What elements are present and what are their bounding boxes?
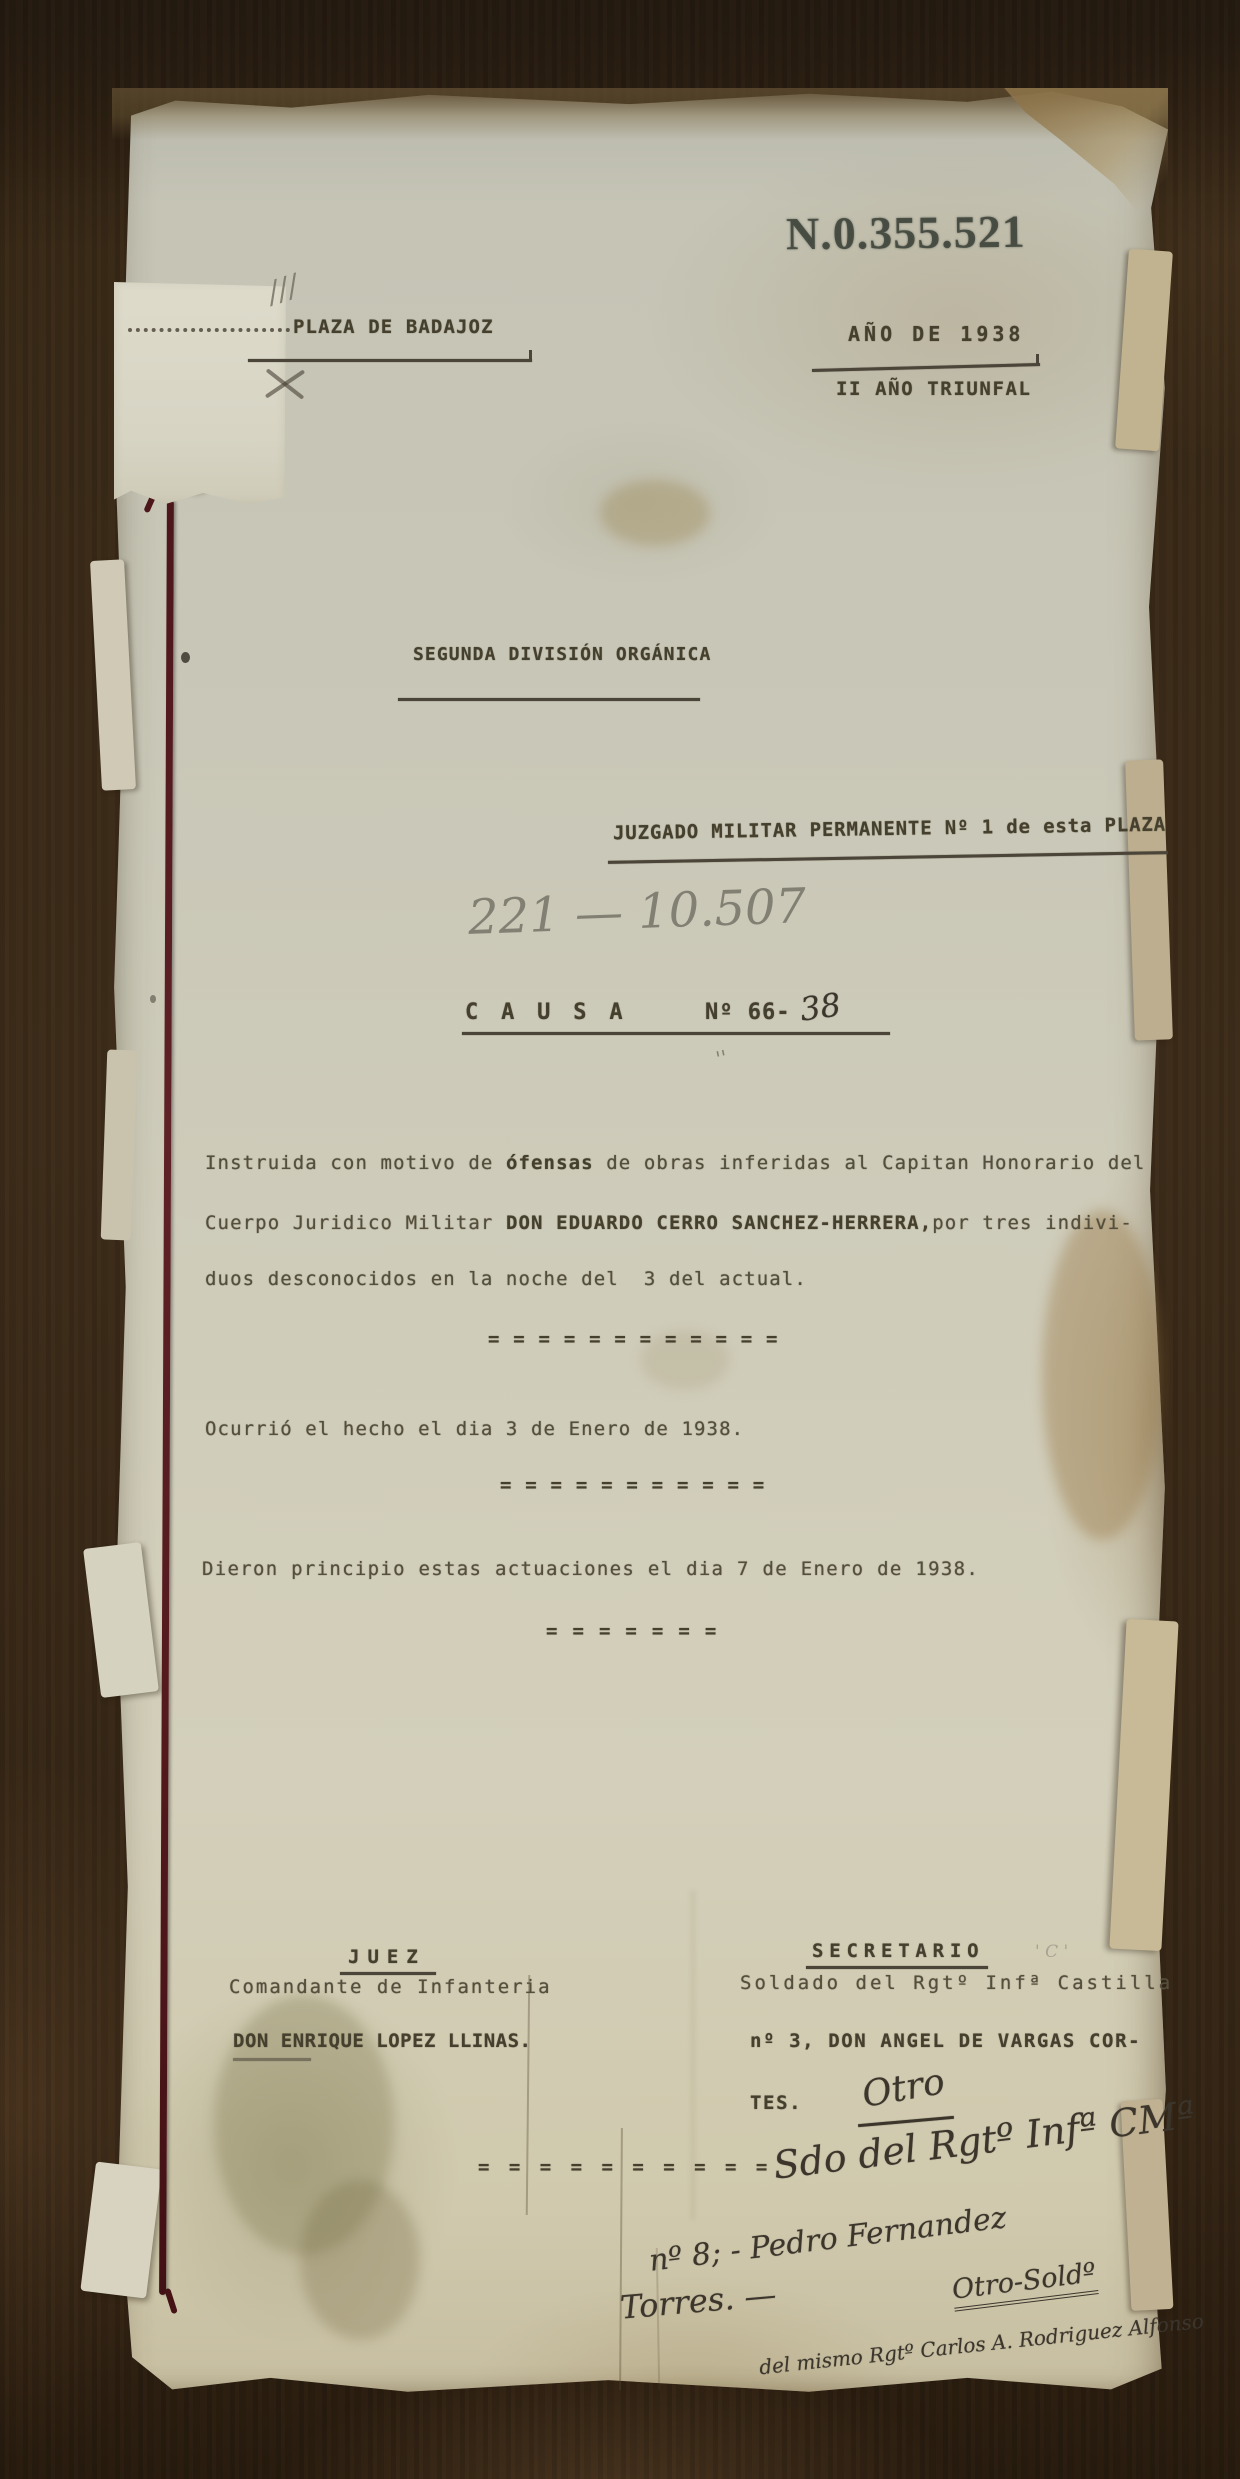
separator-equals: = = = = = = = = = = = = [488, 1328, 779, 1350]
judge-rank: Comandante de Infanteria [229, 1976, 552, 1998]
plaza-heading: PLAZA DE BADAJOZ [293, 316, 494, 338]
separator-equals: = = = = = = = [546, 1620, 718, 1642]
causa-number-typed: Nº 66- [705, 1000, 790, 1025]
paper-stain [1042, 1210, 1162, 1540]
secretary-line-2: nº 3, DON ANGEL DE VARGAS COR- [750, 2030, 1141, 2052]
secretary-line-3: TES. [750, 2092, 802, 2114]
photo-of-document: N.0.355.521 /// PLAZA DE BADAJOZ AÑO DE … [0, 0, 1240, 2479]
body-line-1-post: de obras inferidas al Capitan Honorario … [594, 1152, 1146, 1174]
plaza-underline [248, 359, 532, 362]
division-underline [398, 698, 700, 701]
secretary-side-pencil-mark: ' C ' [1035, 1942, 1068, 1962]
body-line-1: Instruida con motivo de ófensas de obras… [205, 1152, 1145, 1174]
pencil-reference-number: 221 — 10.507 [467, 878, 807, 946]
ink-dot [181, 652, 190, 663]
body-line-2-pre: Cuerpo Juridico Militar [205, 1212, 506, 1234]
serial-number-stamp: N.0.355.521 [786, 205, 1026, 261]
paper-stain [300, 2180, 420, 2340]
year-heading: AÑO DE 1938 [848, 322, 1024, 346]
occurrence-line: Ocurrió el hecho el dia 3 de Enero de 19… [205, 1418, 744, 1440]
body-line-1-pre: Instruida con motivo de [205, 1152, 506, 1174]
ink-dot [150, 995, 156, 1003]
causa-number-handwritten: 38 [798, 985, 844, 1028]
judge-title-underline [340, 1972, 436, 1975]
judge-name: DON ENRIQUE LOPEZ LLINAS. [233, 2030, 531, 2052]
dotted-leader-line [128, 328, 290, 332]
plaza-underline-tick [529, 350, 532, 362]
secretary-title-underline [806, 1966, 988, 1969]
glued-paper-patch [114, 282, 286, 504]
division-heading: SEGUNDA DIVISIÓN ORGÁNICA [413, 644, 711, 665]
body-line-2-post: por tres indivi- [932, 1212, 1133, 1234]
year-underline-tick [1036, 354, 1039, 366]
body-line-2: Cuerpo Juridico Militar DON EDUARDO CERR… [205, 1212, 1133, 1234]
secretary-title: SECRETARIO [812, 1940, 984, 1962]
secretary-line-1: Soldado del Rgtº Infª Castilla [740, 1972, 1173, 1994]
body-line-3: duos desconocidos en la noche del 3 del … [205, 1268, 807, 1290]
judge-name-partial-underline [233, 2058, 311, 2061]
paper-top-worn-edge [112, 88, 1168, 140]
body-line-1-emph: ófensas [506, 1152, 594, 1174]
proceedings-line: Dieron principio estas actuaciones el di… [202, 1558, 979, 1580]
separator-equals: = = = = = = = = = = = [500, 1474, 765, 1496]
triumphal-year-heading: II AÑO TRIUNFAL [836, 378, 1032, 400]
judge-title: JUEZ [348, 1946, 426, 1968]
separator-equals: = = = = = = = = = = [478, 2156, 771, 2178]
body-line-2-emph: DON EDUARDO CERRO SANCHEZ-HERRERA, [506, 1212, 932, 1234]
causa-underline [462, 1032, 890, 1035]
paper-stain [600, 480, 710, 546]
causa-label: C A U S A [465, 1000, 627, 1025]
